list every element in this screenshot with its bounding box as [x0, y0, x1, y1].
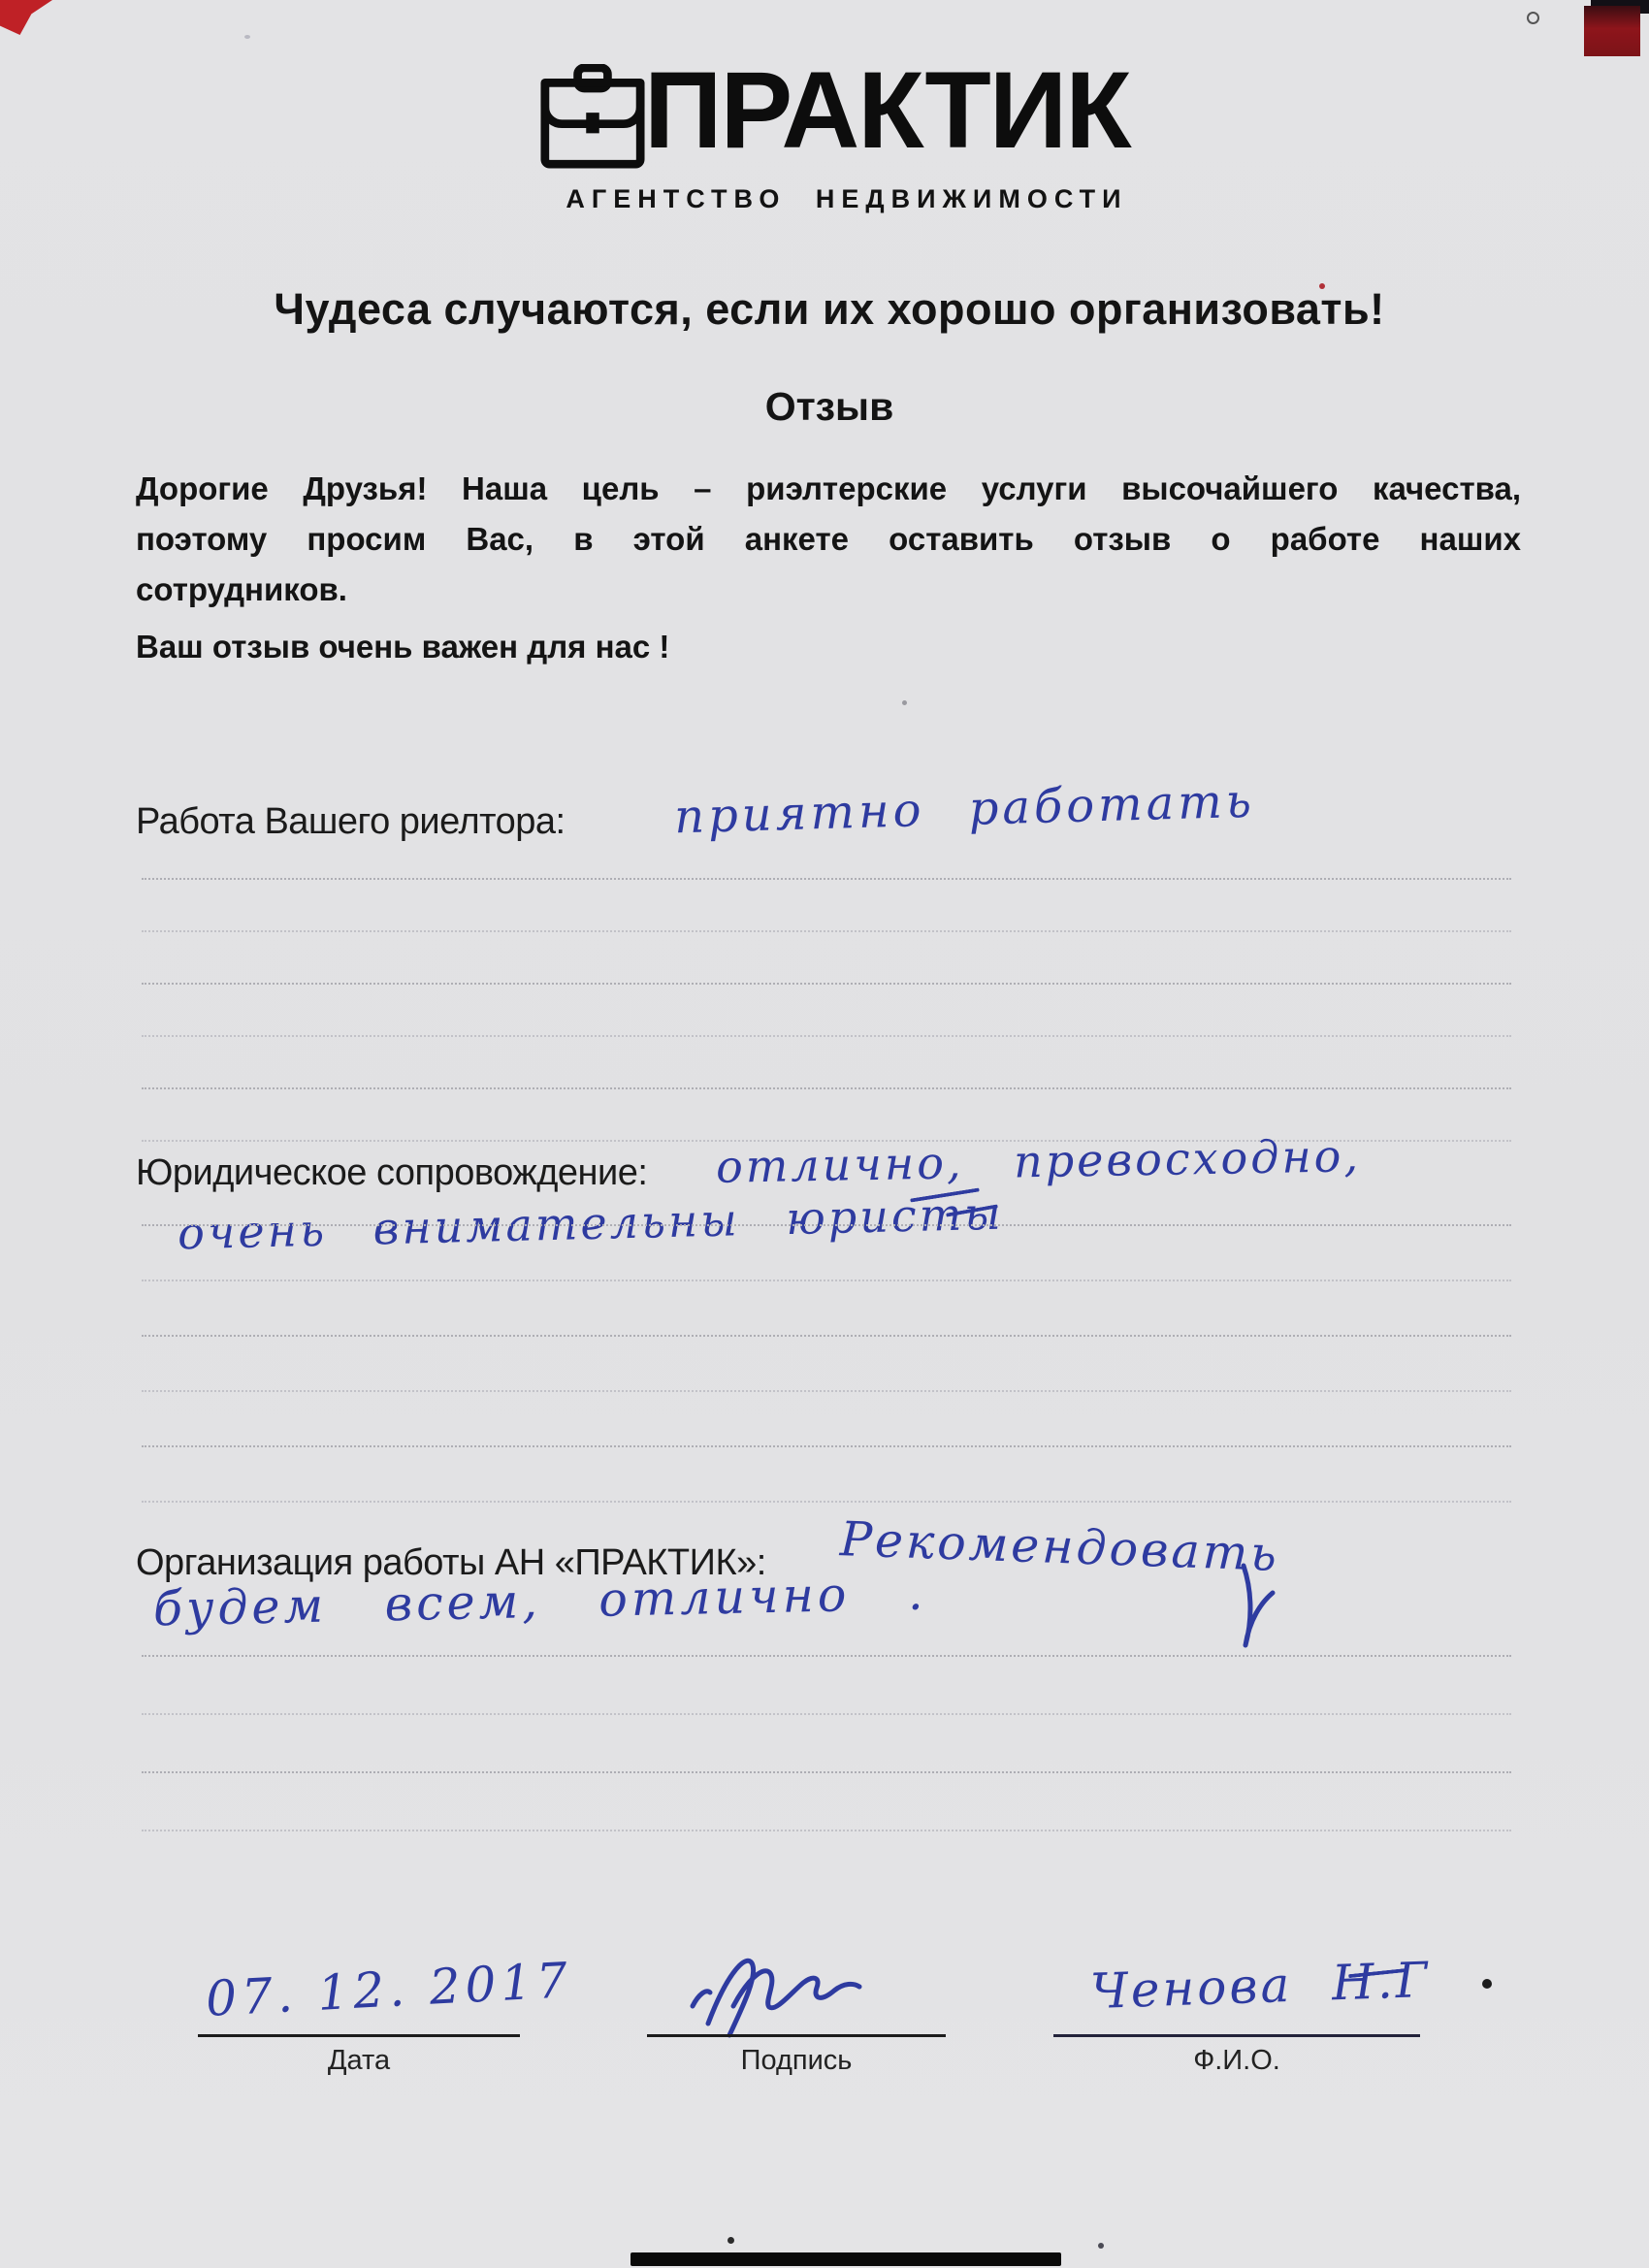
handwritten-name: Ченова Н.Г	[1089, 1952, 1431, 2020]
handwritten-answer-legal-line2: очень внимательны юристы	[177, 1187, 1004, 1260]
logo-tagline: АГЕНТСТВО НЕДВИЖИМОСТИ	[539, 184, 1154, 214]
scan-bottom-black-bar	[630, 2252, 1061, 2266]
scan-red-corner-mark	[0, 0, 52, 35]
intro-paragraph: Дорогие Друзья! Наша цель – риэлтерские …	[136, 464, 1521, 615]
answer-dotted-line	[142, 1445, 1511, 1447]
scanned-feedback-form: ПРАКТИК АГЕНТСТВО НЕДВИЖИМОСТИ Чудеса сл…	[0, 0, 1649, 2268]
answer-dotted-line	[142, 1280, 1511, 1281]
answer-dotted-line	[142, 983, 1511, 985]
answer-dotted-line	[142, 1224, 1511, 1226]
answer-dotted-line	[142, 1335, 1511, 1337]
logo-name: ПРАКТИК	[644, 56, 1130, 165]
answer-dotted-line	[142, 1501, 1511, 1503]
scan-red-square-mark	[1584, 6, 1640, 56]
ink-flourish-stroke	[1234, 1560, 1278, 1653]
signature-line	[647, 2034, 946, 2037]
field-label-legal: Юридическое сопровождение:	[136, 1152, 647, 1194]
signature-caption: Подпись	[647, 2045, 946, 2077]
name-line	[1053, 2034, 1420, 2037]
answer-dotted-line	[142, 1035, 1511, 1037]
field-label-realtor: Работа Вашего риелтора:	[136, 801, 566, 843]
date-line	[198, 2034, 520, 2037]
scan-speck	[1482, 1979, 1492, 1989]
answer-dotted-line	[142, 1390, 1511, 1392]
name-caption: Ф.И.О.	[1053, 2045, 1420, 2077]
handwritten-answer-legal-line1: отлично, превосходно,	[716, 1129, 1362, 1193]
answer-dotted-line	[142, 1771, 1511, 1773]
scan-speck	[727, 2237, 734, 2244]
note-line: Ваш отзыв очень важен для нас !	[136, 629, 669, 665]
briefcase-icon	[536, 64, 649, 169]
page-title: Отзыв	[136, 384, 1523, 430]
scan-speck	[244, 35, 250, 39]
intro-line: поэтому просим Вас, в этой анкете остави…	[136, 514, 1521, 565]
intro-line: сотрудников.	[136, 565, 1521, 615]
scan-speck	[1527, 12, 1539, 24]
handwritten-date: 07. 12. 2017	[205, 1952, 574, 2027]
answer-dotted-line	[142, 1713, 1511, 1715]
intro-line: Дорогие Друзья! Наша цель – риэлтерские …	[136, 464, 1521, 514]
scan-speck	[902, 700, 907, 705]
answer-dotted-line	[142, 930, 1511, 932]
answer-dotted-line	[142, 1655, 1511, 1657]
signature-scribble-icon	[679, 1946, 883, 2039]
answer-dotted-line	[142, 1830, 1511, 1831]
answer-dotted-line	[142, 878, 1511, 880]
scan-speck	[1098, 2243, 1104, 2249]
answer-dotted-line	[142, 1087, 1511, 1089]
headline: Чудеса случаются, если их хорошо организ…	[136, 284, 1523, 335]
date-caption: Дата	[198, 2045, 520, 2077]
handwritten-answer-realtor: приятно работать	[673, 774, 1255, 845]
